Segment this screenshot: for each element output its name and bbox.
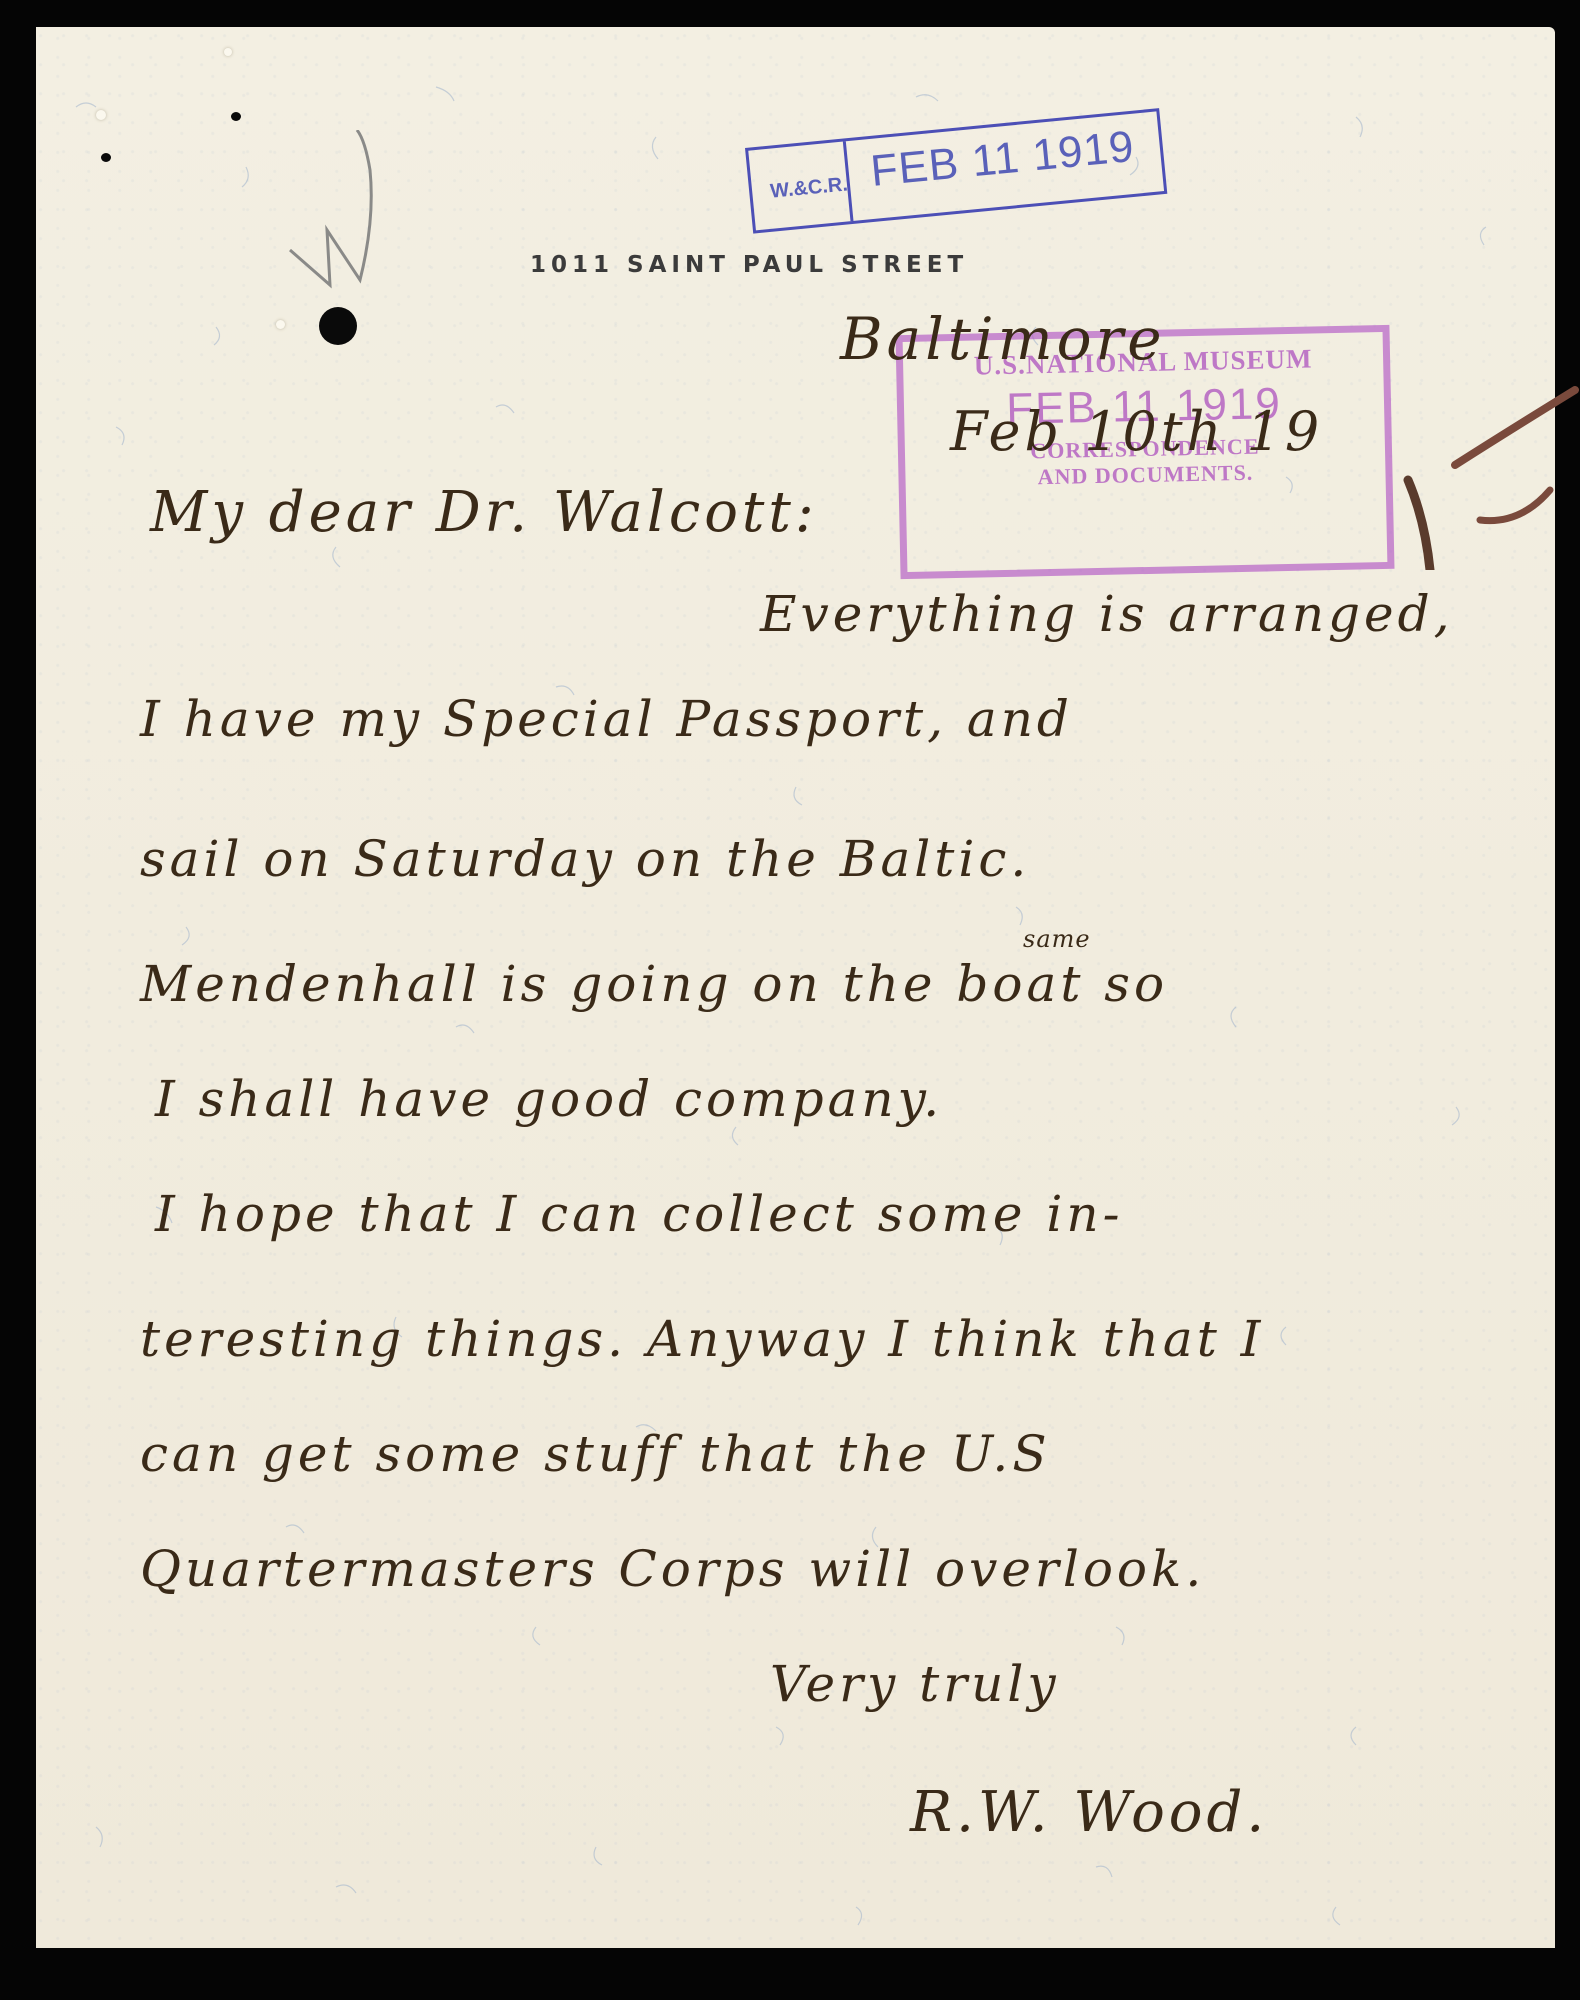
- insertion-word: same: [478, 925, 1091, 953]
- body-line-2: I have my Special Passport, and: [140, 690, 1073, 748]
- body-line-5: I shall have good company.: [155, 1070, 943, 1128]
- pin-dent: [96, 110, 106, 120]
- body-line-1: Everything is arranged,: [760, 585, 1454, 643]
- signature: R.W. Wood.: [910, 1780, 1268, 1845]
- pencil-w-mark: [285, 130, 405, 300]
- place-line: Baltimore: [840, 305, 1166, 373]
- stamp-code: W.&C.R.: [769, 173, 849, 203]
- pin-hole: [231, 112, 241, 121]
- body-line-4: Mendenhall is going on the boat so: [140, 955, 1168, 1013]
- body-line-8: can get some stuff that the U.S: [140, 1425, 1051, 1483]
- pin-hole: [101, 153, 111, 162]
- pin-dent: [276, 320, 285, 329]
- body-line-6: I hope that I can collect some in-: [155, 1185, 1124, 1243]
- letterhead-address: 1011 SAINT PAUL STREET: [530, 252, 968, 278]
- body-line-3: sail on Saturday on the Baltic.: [140, 830, 1030, 888]
- body-line-7: teresting things. Anyway I think that I: [140, 1310, 1264, 1368]
- pin-dent: [224, 48, 232, 56]
- punch-hole: [319, 307, 357, 345]
- stamp-date: FEB 11 1919: [868, 122, 1136, 197]
- salutation: My dear Dr. Walcott:: [150, 480, 818, 545]
- closing: Very truly: [770, 1655, 1060, 1713]
- body-line-9: Quartermasters Corps will overlook.: [140, 1540, 1205, 1598]
- crayon-f-mark: [1400, 370, 1580, 570]
- date-line: Feb 10th 19: [950, 400, 1323, 463]
